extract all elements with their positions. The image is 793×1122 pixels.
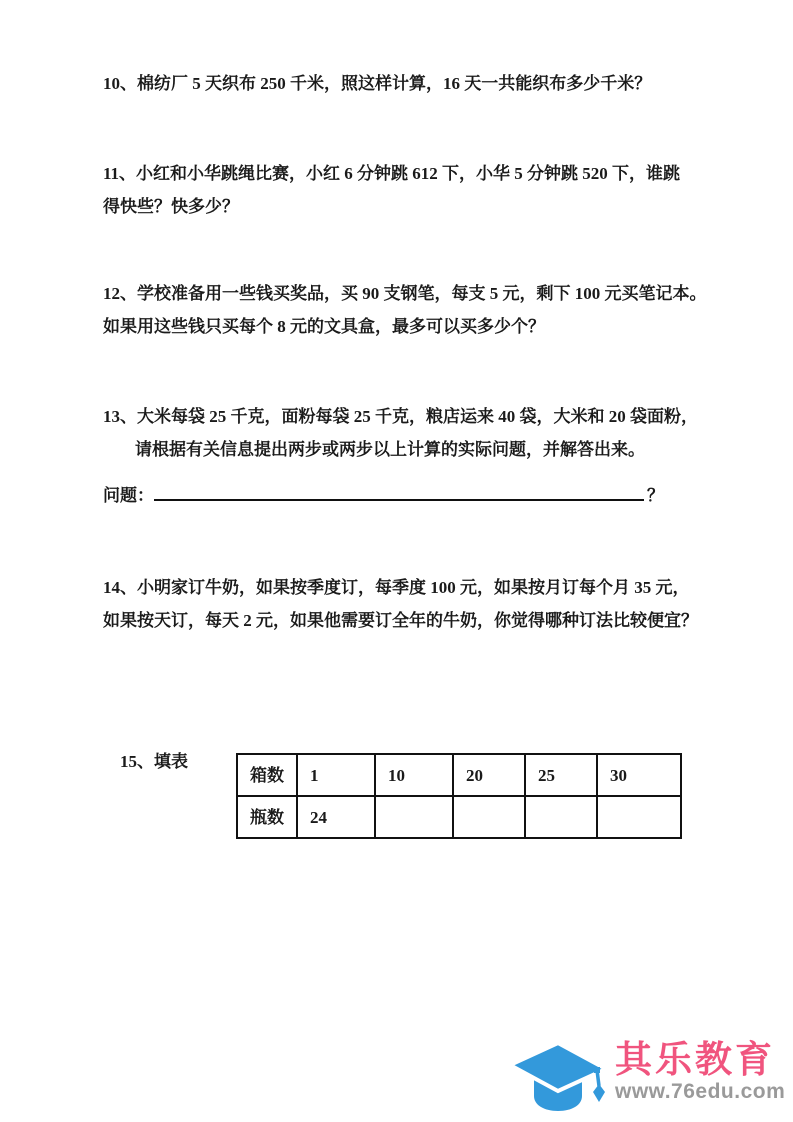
problem-15-label: 15、填表 bbox=[120, 745, 188, 778]
problem-line: 如果按天订，每天 2 元，如果他需要订全年的牛奶，你觉得哪种订法比较便宜？ bbox=[103, 604, 698, 637]
problem-line: 11、小红和小华跳绳比赛，小红 6 分钟跳 612 下，小华 5 分钟跳 520… bbox=[103, 157, 680, 190]
empty-fill-cell bbox=[453, 796, 525, 838]
logo-text-block: 其乐教育 www.76edu.com bbox=[615, 1034, 785, 1104]
problem-12: 12、学校准备用一些钱买奖品，买 90 支钢笔，每支 5 元，剩下 100 元买… bbox=[103, 277, 707, 343]
question-mark: ？ bbox=[644, 486, 664, 505]
problem-line: 10、棉纺厂 5 天织布 250 千米，照这样计算，16 天一共能织布多少千米？ bbox=[103, 67, 651, 100]
question-label: 问题： bbox=[103, 486, 154, 505]
problem-14: 14、小明家订牛奶，如果按季度订，每季度 100 元，如果按月订每个月 35 元… bbox=[103, 571, 698, 637]
table-cell: 24 bbox=[297, 796, 375, 838]
empty-fill-cell bbox=[375, 796, 453, 838]
table-row: 箱数110202530 bbox=[237, 754, 681, 796]
table-cell: 20 bbox=[453, 754, 525, 796]
worksheet-page: 10、棉纺厂 5 天织布 250 千米，照这样计算，16 天一共能织布多少千米？… bbox=[0, 0, 793, 1122]
logo-url: www.76edu.com bbox=[615, 1080, 785, 1104]
fill-in-table: 箱数110202530瓶数24 bbox=[236, 753, 682, 839]
question-fill-in-line: 问题：？ bbox=[103, 478, 664, 512]
row-header-cell: 瓶数 bbox=[237, 796, 297, 838]
problem-line: 如果用这些钱只买每个 8 元的文具盒，最多可以买多少个？ bbox=[103, 310, 707, 343]
graduation-cap-icon bbox=[505, 1034, 613, 1116]
table-cell: 30 bbox=[597, 754, 681, 796]
table-row: 瓶数24 bbox=[237, 796, 681, 838]
problem-line: 12、学校准备用一些钱买奖品，买 90 支钢笔，每支 5 元，剩下 100 元买… bbox=[103, 277, 707, 310]
problem-11: 11、小红和小华跳绳比赛，小红 6 分钟跳 612 下，小华 5 分钟跳 520… bbox=[103, 157, 680, 223]
fill-in-table-body: 箱数110202530瓶数24 bbox=[237, 754, 681, 838]
table-cell: 1 bbox=[297, 754, 375, 796]
problem-line: 14、小明家订牛奶，如果按季度订，每季度 100 元，如果按月订每个月 35 元… bbox=[103, 571, 698, 604]
answer-blank-line bbox=[154, 478, 644, 501]
problem-line: 13、大米每袋 25 千克，面粉每袋 25 千克，粮店运来 40 袋，大米和 2… bbox=[103, 400, 698, 433]
problem-line: 得快些？快多少？ bbox=[103, 190, 680, 223]
table-cell: 25 bbox=[525, 754, 597, 796]
row-header-cell: 箱数 bbox=[237, 754, 297, 796]
logo-title: 其乐教育 bbox=[615, 1040, 785, 1080]
problem-10: 10、棉纺厂 5 天织布 250 千米，照这样计算，16 天一共能织布多少千米？ bbox=[103, 67, 651, 100]
table-cell: 10 bbox=[375, 754, 453, 796]
problem-line: 请根据有关信息提出两步或两步以上计算的实际问题，并解答出来。 bbox=[103, 433, 698, 466]
empty-fill-cell bbox=[597, 796, 681, 838]
empty-fill-cell bbox=[525, 796, 597, 838]
problem-13: 13、大米每袋 25 千克，面粉每袋 25 千克，粮店运来 40 袋，大米和 2… bbox=[103, 400, 698, 466]
site-logo: 其乐教育 www.76edu.com bbox=[505, 1034, 785, 1116]
